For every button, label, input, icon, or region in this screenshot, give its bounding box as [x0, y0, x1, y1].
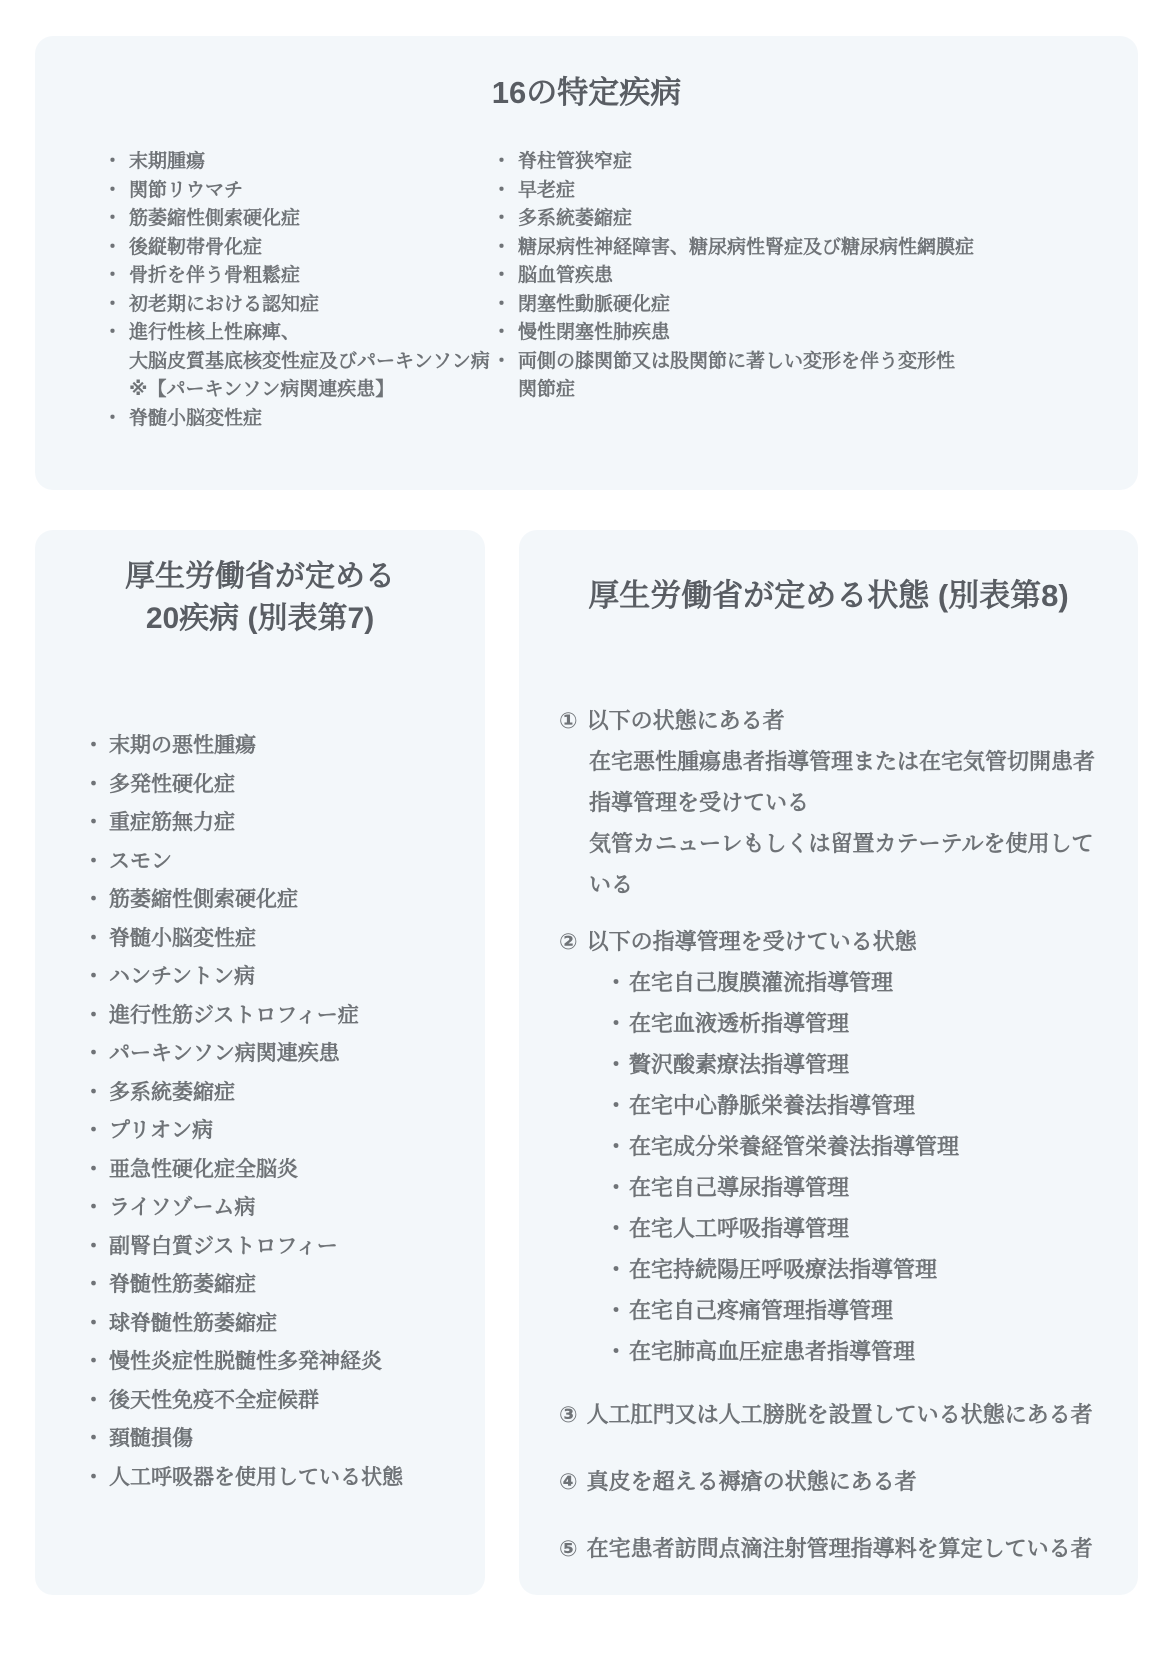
- panel-20-title-line2: 20疾病 (別表第7): [35, 598, 485, 640]
- bullet-dot: ・: [605, 1249, 629, 1290]
- state-section-head: ③人工肛門又は人工膀胱を設置している状態にある者: [559, 1394, 1122, 1435]
- bullet-dot: ・: [83, 1035, 109, 1074]
- list-item-text: 脊髄小脳変性症: [109, 920, 256, 959]
- bullet-dot: ・: [492, 348, 518, 405]
- list-item: ・後縦靭帯骨化症: [103, 234, 492, 263]
- section-sub-list: ・在宅自己腹膜灌流指導管理・在宅血液透析指導管理・贅沢酸素療法指導管理・在宅中心…: [559, 962, 1122, 1372]
- disease-list-20: ・末期の悪性腫瘍・多発性硬化症・重症筋無力症・スモン・筋萎縮性側索硬化症・脊髄小…: [35, 727, 485, 1497]
- bullet-dot: ・: [83, 1189, 109, 1228]
- section-line: いる: [589, 864, 1122, 905]
- list-item-text: 多系統萎縮症: [109, 1074, 235, 1113]
- list-item: ・脊髄小脳変性症: [103, 405, 492, 434]
- bullet-dot: ・: [103, 205, 129, 234]
- bullet-dot: ・: [492, 177, 518, 206]
- section-line: 在宅悪性腫瘍患者指導管理または在宅気管切開患者: [589, 741, 1122, 782]
- sub-list-item-text: 在宅自己疼痛管理指導管理: [629, 1290, 893, 1331]
- list-item-text: 慢性炎症性脱髄性多発神経炎: [109, 1343, 382, 1382]
- section-title: 人工肛門又は人工膀胱を設置している状態にある者: [587, 1394, 1093, 1435]
- bullet-dot: ・: [605, 1331, 629, 1372]
- sub-list-item-text: 在宅肺高血圧症患者指導管理: [629, 1331, 915, 1372]
- list-item-text: 早老症: [518, 177, 575, 206]
- list-item-text: 両側の膝関節又は股関節に著しい変形を伴う変形性関節症: [518, 348, 955, 405]
- sub-list-item-text: 在宅血液透析指導管理: [629, 1003, 849, 1044]
- bullet-dot: ・: [605, 1044, 629, 1085]
- panel-16-specified-diseases: 16の特定疾病 ・末期腫瘍・関節リウマチ・筋萎縮性側索硬化症・後縦靭帯骨化症・骨…: [35, 36, 1138, 490]
- list-item: ・進行性核上性麻痺、大脳皮質基底核変性症及びパーキンソン病※【パーキンソン病関連…: [103, 319, 492, 405]
- list-item-text: ハンチントン病: [109, 958, 255, 997]
- list-item-text: 末期腫瘍: [129, 148, 205, 177]
- bullet-dot: ・: [83, 1266, 109, 1305]
- disease-list-16-right: ・脊柱管狭窄症・早老症・多系統萎縮症・糖尿病性神経障害、糖尿病性腎症及び糖尿病性…: [492, 148, 1138, 405]
- list-item-text: 進行性核上性麻痺、大脳皮質基底核変性症及びパーキンソン病※【パーキンソン病関連疾…: [129, 319, 490, 405]
- state-section: ①以下の状態にある者在宅悪性腫瘍患者指導管理または在宅気管切開患者指導管理を受け…: [559, 700, 1122, 905]
- list-item-text: 進行性筋ジストロフィー症: [109, 997, 359, 1036]
- bullet-dot: ・: [83, 1074, 109, 1113]
- sub-list-item: ・在宅人工呼吸指導管理: [605, 1208, 1122, 1249]
- bullet-dot: ・: [605, 1126, 629, 1167]
- state-section: ③人工肛門又は人工膀胱を設置している状態にある者: [559, 1394, 1122, 1435]
- bullet-dot: ・: [83, 1228, 109, 1267]
- state-section: ⑤在宅患者訪問点滴注射管理指導料を算定している者: [559, 1528, 1122, 1569]
- sub-list-item: ・在宅自己疼痛管理指導管理: [605, 1290, 1122, 1331]
- state-section-head: ⑤在宅患者訪問点滴注射管理指導料を算定している者: [559, 1528, 1122, 1569]
- sub-list-item-text: 在宅自己腹膜灌流指導管理: [629, 962, 893, 1003]
- panel-20-diseases: 厚生労働省が定める 20疾病 (別表第7) ・末期の悪性腫瘍・多発性硬化症・重症…: [35, 530, 485, 1595]
- bullet-dot: ・: [605, 1003, 629, 1044]
- state-sections: ①以下の状態にある者在宅悪性腫瘍患者指導管理または在宅気管切開患者指導管理を受け…: [519, 700, 1138, 1569]
- bullet-dot: ・: [83, 727, 109, 766]
- list-item: ・筋萎縮性側索硬化症: [103, 205, 492, 234]
- bullet-dot: ・: [492, 319, 518, 348]
- list-item-text: 筋萎縮性側索硬化症: [109, 881, 298, 920]
- list-item: ・人工呼吸器を使用している状態: [83, 1459, 485, 1498]
- sub-list-item-text: 在宅自己導尿指導管理: [629, 1167, 849, 1208]
- bullet-dot: ・: [83, 843, 109, 882]
- bullet-dot: ・: [492, 262, 518, 291]
- list-item-text: ライソゾーム病: [109, 1189, 255, 1228]
- bullet-dot: ・: [83, 958, 109, 997]
- bullet-dot: ・: [492, 205, 518, 234]
- section-number: ①: [559, 700, 578, 741]
- bullet-dot: ・: [83, 1305, 109, 1344]
- list-item: ・慢性閉塞性肺疾患: [492, 319, 1138, 348]
- sub-list-item-text: 在宅持続陽圧呼吸療法指導管理: [629, 1249, 937, 1290]
- panel-20-title: 厚生労働省が定める 20疾病 (別表第7): [35, 556, 485, 640]
- sub-list-item-text: 在宅中心静脈栄養法指導管理: [629, 1085, 915, 1126]
- list-item: ・ハンチントン病: [83, 958, 485, 997]
- list-item: ・早老症: [492, 177, 1138, 206]
- bullet-dot: ・: [103, 405, 129, 434]
- list-item-text: 骨折を伴う骨粗鬆症: [129, 262, 300, 291]
- state-section-head: ②以下の指導管理を受けている状態: [559, 921, 1122, 962]
- panel-16-columns: ・末期腫瘍・関節リウマチ・筋萎縮性側索硬化症・後縦靭帯骨化症・骨折を伴う骨粗鬆症…: [35, 148, 1138, 433]
- list-item: ・脊柱管狭窄症: [492, 148, 1138, 177]
- sub-list-item: ・在宅血液透析指導管理: [605, 1003, 1122, 1044]
- list-item: ・頚髄損傷: [83, 1420, 485, 1459]
- list-item-text: 副腎白質ジストロフィー: [109, 1228, 338, 1267]
- disease-list-16-left: ・末期腫瘍・関節リウマチ・筋萎縮性側索硬化症・後縦靭帯骨化症・骨折を伴う骨粗鬆症…: [103, 148, 492, 433]
- list-item: ・末期の悪性腫瘍: [83, 727, 485, 766]
- list-item: ・筋萎縮性側索硬化症: [83, 881, 485, 920]
- list-item-text: 頚髄損傷: [109, 1420, 193, 1459]
- bullet-dot: ・: [605, 1085, 629, 1126]
- sub-list-item-text: 在宅成分栄養経管栄養法指導管理: [629, 1126, 959, 1167]
- list-item: ・骨折を伴う骨粗鬆症: [103, 262, 492, 291]
- sub-list-item: ・在宅自己腹膜灌流指導管理: [605, 962, 1122, 1003]
- section-number: ②: [559, 921, 578, 962]
- section-line: 指導管理を受けている: [589, 782, 1122, 823]
- section-title: 以下の状態にある者: [587, 700, 785, 741]
- list-item: ・進行性筋ジストロフィー症: [83, 997, 485, 1036]
- section-title: 以下の指導管理を受けている状態: [587, 921, 917, 962]
- list-item: ・亜急性硬化症全脳炎: [83, 1151, 485, 1190]
- list-item-text: 亜急性硬化症全脳炎: [109, 1151, 298, 1190]
- list-item-text: 初老期における認知症: [129, 291, 319, 320]
- bullet-dot: ・: [492, 291, 518, 320]
- bullet-dot: ・: [83, 920, 109, 959]
- bullet-dot: ・: [605, 1167, 629, 1208]
- section-number: ⑤: [559, 1528, 578, 1569]
- panel-20-title-line1: 厚生労働省が定める: [35, 556, 485, 598]
- bullet-dot: ・: [83, 1420, 109, 1459]
- sub-list-item: ・在宅持続陽圧呼吸療法指導管理: [605, 1249, 1122, 1290]
- bullet-dot: ・: [492, 234, 518, 263]
- list-item-text: 閉塞性動脈硬化症: [518, 291, 670, 320]
- list-item: ・球脊髄性筋萎縮症: [83, 1305, 485, 1344]
- bullet-dot: ・: [605, 1208, 629, 1249]
- sub-list-item: ・在宅肺高血圧症患者指導管理: [605, 1331, 1122, 1372]
- list-item-text: 後天性免疫不全症候群: [109, 1382, 319, 1421]
- panel-state-table8: 厚生労働省が定める状態 (別表第8) ①以下の状態にある者在宅悪性腫瘍患者指導管…: [519, 530, 1138, 1595]
- state-section-head: ④真皮を超える褥瘡の状態にある者: [559, 1461, 1122, 1502]
- section-number: ③: [559, 1394, 578, 1435]
- bullet-dot: ・: [103, 234, 129, 263]
- panel-8-title: 厚生労働省が定める状態 (別表第8): [519, 576, 1138, 616]
- list-item-text: プリオン病: [109, 1112, 213, 1151]
- list-item: ・閉塞性動脈硬化症: [492, 291, 1138, 320]
- bullet-dot: ・: [103, 177, 129, 206]
- bullet-dot: ・: [83, 1459, 109, 1498]
- state-section-head: ①以下の状態にある者: [559, 700, 1122, 741]
- bullet-dot: ・: [83, 1343, 109, 1382]
- list-item-text: 多系統萎縮症: [518, 205, 632, 234]
- list-item: ・多系統萎縮症: [492, 205, 1138, 234]
- list-item-text: 筋萎縮性側索硬化症: [129, 205, 300, 234]
- list-item-text: 脊柱管狭窄症: [518, 148, 632, 177]
- sub-list-item-text: 贅沢酸素療法指導管理: [629, 1044, 849, 1085]
- list-item: ・糖尿病性神経障害、糖尿病性腎症及び糖尿病性網膜症: [492, 234, 1138, 263]
- list-item: ・慢性炎症性脱髄性多発神経炎: [83, 1343, 485, 1382]
- list-item: ・両側の膝関節又は股関節に著しい変形を伴う変形性関節症: [492, 348, 1138, 405]
- list-item: ・末期腫瘍: [103, 148, 492, 177]
- bullet-dot: ・: [83, 804, 109, 843]
- list-item: ・ライソゾーム病: [83, 1189, 485, 1228]
- list-item-text: 脊髄性筋萎縮症: [109, 1266, 256, 1305]
- sub-list-item: ・在宅中心静脈栄養法指導管理: [605, 1085, 1122, 1126]
- bullet-dot: ・: [103, 291, 129, 320]
- bullet-dot: ・: [492, 148, 518, 177]
- list-item: ・初老期における認知症: [103, 291, 492, 320]
- list-item: ・スモン: [83, 843, 485, 882]
- list-item-text: 球脊髄性筋萎縮症: [109, 1305, 277, 1344]
- list-item-text: 人工呼吸器を使用している状態: [109, 1459, 403, 1498]
- section-number: ④: [559, 1461, 578, 1502]
- list-item-text: 重症筋無力症: [109, 804, 235, 843]
- section-title: 真皮を超える褥瘡の状態にある者: [587, 1461, 917, 1502]
- list-item: ・重症筋無力症: [83, 804, 485, 843]
- bullet-dot: ・: [83, 881, 109, 920]
- list-item-text: 後縦靭帯骨化症: [129, 234, 262, 263]
- panel-16-right-column: ・脊柱管狭窄症・早老症・多系統萎縮症・糖尿病性神経障害、糖尿病性腎症及び糖尿病性…: [492, 148, 1138, 433]
- bullet-dot: ・: [83, 997, 109, 1036]
- list-item: ・後天性免疫不全症候群: [83, 1382, 485, 1421]
- bullet-dot: ・: [103, 148, 129, 177]
- bullet-dot: ・: [103, 319, 129, 405]
- list-item-text: 慢性閉塞性肺疾患: [518, 319, 670, 348]
- list-item-text: 関節リウマチ: [129, 177, 243, 206]
- list-item-text: 脊髄小脳変性症: [129, 405, 262, 434]
- bullet-dot: ・: [83, 766, 109, 805]
- sub-list-item: ・在宅成分栄養経管栄養法指導管理: [605, 1126, 1122, 1167]
- panel-16-left-column: ・末期腫瘍・関節リウマチ・筋萎縮性側索硬化症・後縦靭帯骨化症・骨折を伴う骨粗鬆症…: [35, 148, 492, 433]
- list-item-text: スモン: [109, 843, 172, 882]
- list-item: ・脊髄小脳変性症: [83, 920, 485, 959]
- panel-16-title: 16の特定疾病: [35, 76, 1138, 110]
- sub-list-item: ・贅沢酸素療法指導管理: [605, 1044, 1122, 1085]
- bullet-dot: ・: [103, 262, 129, 291]
- sub-list-item: ・在宅自己導尿指導管理: [605, 1167, 1122, 1208]
- section-line: 気管カニューレもしくは留置カテーテルを使用して: [589, 823, 1122, 864]
- list-item: ・関節リウマチ: [103, 177, 492, 206]
- list-item: ・プリオン病: [83, 1112, 485, 1151]
- bullet-dot: ・: [83, 1112, 109, 1151]
- bullet-dot: ・: [605, 1290, 629, 1331]
- list-item-text: 脳血管疾患: [518, 262, 613, 291]
- bullet-dot: ・: [83, 1382, 109, 1421]
- list-item: ・脳血管疾患: [492, 262, 1138, 291]
- list-item: ・多系統萎縮症: [83, 1074, 485, 1113]
- list-item-text: 多発性硬化症: [109, 766, 235, 805]
- list-item: ・脊髄性筋萎縮症: [83, 1266, 485, 1305]
- bullet-dot: ・: [605, 962, 629, 1003]
- bullet-dot: ・: [83, 1151, 109, 1190]
- sub-list-item-text: 在宅人工呼吸指導管理: [629, 1208, 849, 1249]
- state-section: ④真皮を超える褥瘡の状態にある者: [559, 1461, 1122, 1502]
- state-section: ②以下の指導管理を受けている状態・在宅自己腹膜灌流指導管理・在宅血液透析指導管理…: [559, 921, 1122, 1372]
- section-title: 在宅患者訪問点滴注射管理指導料を算定している者: [587, 1528, 1093, 1569]
- list-item-text: パーキンソン病関連疾患: [109, 1035, 340, 1074]
- list-item: ・副腎白質ジストロフィー: [83, 1228, 485, 1267]
- list-item: ・多発性硬化症: [83, 766, 485, 805]
- list-item-text: 糖尿病性神経障害、糖尿病性腎症及び糖尿病性網膜症: [518, 234, 974, 263]
- list-item: ・パーキンソン病関連疾患: [83, 1035, 485, 1074]
- list-item-text: 末期の悪性腫瘍: [109, 727, 256, 766]
